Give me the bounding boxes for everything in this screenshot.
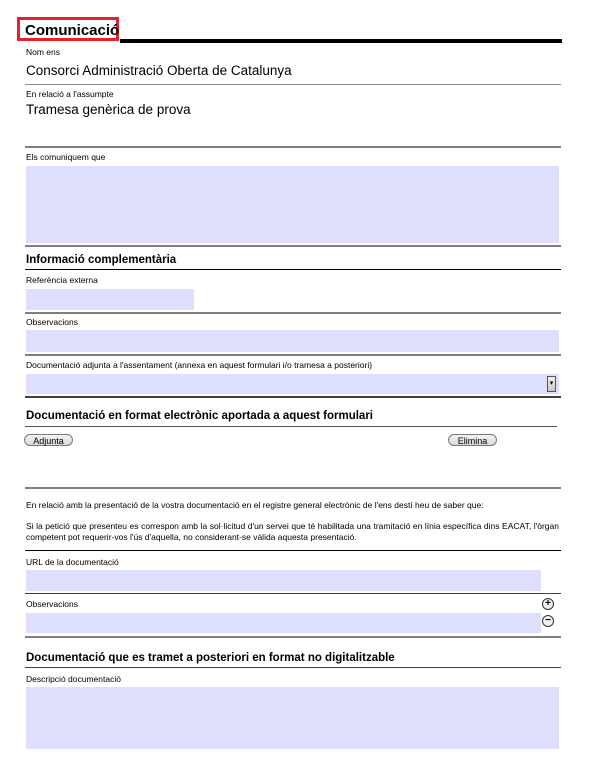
plus-icon[interactable]: +: [542, 598, 554, 610]
divider: [25, 667, 561, 668]
note-eacat: Si la petició que presenteu es correspon…: [26, 521, 559, 543]
nom-ens-label: Nom ens: [26, 47, 60, 57]
url-input[interactable]: [26, 570, 541, 591]
doc-electronic-heading: Documentació en format electrònic aporta…: [26, 410, 373, 422]
referencia-externa-input[interactable]: [26, 289, 194, 310]
documentacio-adjunta-select[interactable]: [26, 374, 559, 394]
divider: [25, 146, 561, 148]
divider: [25, 636, 561, 638]
observacions-url-label: Observacions: [26, 599, 78, 609]
divider: [25, 550, 561, 551]
adjunta-button[interactable]: Adjunta: [24, 434, 73, 446]
doc-posteriori-heading: Documentació que es tramet a posteriori …: [26, 652, 395, 664]
divider: [25, 269, 561, 270]
info-complementaria-heading: Informació complementària: [26, 254, 176, 266]
url-label: URL de la documentació: [26, 557, 119, 567]
divider: [25, 426, 557, 427]
divider: [25, 84, 561, 85]
observacions-url-input[interactable]: [26, 613, 541, 633]
divider: [25, 354, 561, 356]
observacions-label: Observacions: [26, 317, 78, 327]
minus-icon[interactable]: −: [542, 615, 554, 627]
divider: [25, 396, 561, 398]
divider: [25, 487, 561, 489]
divider: [25, 593, 561, 594]
descripcio-label: Descripció documentació: [26, 674, 121, 684]
documentacio-adjunta-label: Documentació adjunta a l'assentament (an…: [26, 360, 372, 370]
comuniquem-textarea[interactable]: [26, 166, 559, 243]
nom-ens-value: Consorci Administració Oberta de Catalun…: [26, 63, 292, 78]
assumpte-label: En relació a l'assumpte: [26, 89, 114, 99]
divider: [25, 245, 561, 247]
divider: [25, 312, 561, 314]
title-rule: [120, 39, 562, 43]
referencia-externa-label: Referència externa: [26, 275, 98, 285]
descripcio-textarea[interactable]: [26, 687, 559, 749]
note-registre: En relació amb la presentació de la vost…: [26, 500, 559, 511]
elimina-button[interactable]: Elimina: [448, 434, 497, 446]
comuniquem-label: Els comuniquem que: [26, 152, 105, 162]
form-title: Comunicació: [25, 22, 119, 39]
assumpte-value: Tramesa genèrica de prova: [26, 102, 191, 117]
observacions-input[interactable]: [26, 330, 559, 352]
chevron-down-icon[interactable]: ▾: [547, 376, 556, 392]
